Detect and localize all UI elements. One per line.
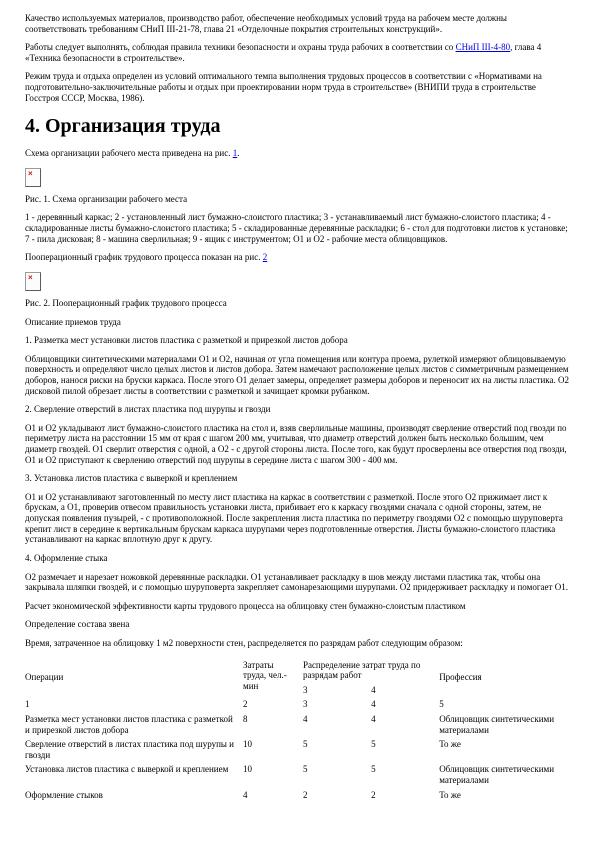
operation-4-text: О2 размечает и нарезает ножовкой деревян… bbox=[25, 572, 570, 593]
numbering-cell: 2 bbox=[243, 698, 303, 713]
col-header-profession: Профессия bbox=[439, 659, 570, 699]
document-page: Качество используемых материалов, произв… bbox=[0, 0, 595, 842]
figure-1-caption: Рис. 1. Схема организации рабочего места bbox=[25, 194, 570, 205]
operation-4-heading: 4. Оформление стыка bbox=[25, 553, 570, 564]
figure-2-caption: Рис. 2. Пооперационный график трудового … bbox=[25, 298, 570, 309]
econ-calc-title: Расчет экономической эффективности карты… bbox=[25, 601, 570, 612]
figure-1-placeholder: × bbox=[25, 167, 570, 194]
profession-cell: То же bbox=[439, 738, 570, 763]
scheme-text-before: Схема организации рабочего места приведе… bbox=[25, 148, 233, 158]
intro-paragraph-regime: Режим труда и отдыха определен из услови… bbox=[25, 71, 570, 103]
labor-cell: 8 bbox=[243, 713, 303, 738]
numbering-cell: 1 bbox=[25, 698, 243, 713]
operation-3-text: О1 и О2 устанавливают заготовленный по м… bbox=[25, 492, 570, 545]
operation-cell: Разметка мест установки листов пластика … bbox=[25, 713, 243, 738]
labor-costs-table: Операции Затраты труда, чел.-мин Распред… bbox=[25, 659, 570, 804]
broken-image-icon: × bbox=[25, 168, 41, 187]
operation-cell: Оформление стыков bbox=[25, 789, 243, 804]
labor-cell: 10 bbox=[243, 763, 303, 788]
numbering-cell: 3 bbox=[303, 698, 371, 713]
intro-paragraph-quality: Качество используемых материалов, произв… bbox=[25, 13, 570, 34]
numbering-cell: 4 bbox=[371, 698, 439, 713]
col-subheader-grade-4: 4 bbox=[371, 684, 439, 699]
figure-2-link[interactable]: 2 bbox=[263, 252, 268, 262]
numbering-cell: 5 bbox=[439, 698, 570, 713]
scheme-sentence: Схема организации рабочего места приведе… bbox=[25, 148, 570, 159]
figure-2-placeholder: × bbox=[25, 271, 570, 298]
safety-text-before: Работы следует выполнять, соблюдая прави… bbox=[25, 42, 456, 52]
table-row: Оформление стыков 4 2 2 То же bbox=[25, 789, 570, 804]
broken-image-icon: × bbox=[25, 272, 41, 291]
grade3-cell: 5 bbox=[303, 763, 371, 788]
operation-cell: Установка листов пластика с выверкой и к… bbox=[25, 763, 243, 788]
figure-1-legend: 1 - деревянный каркас; 2 - установленный… bbox=[25, 212, 570, 244]
graph-text-before: Пооперационный график трудового процесса… bbox=[25, 252, 263, 262]
grade4-cell: 2 bbox=[371, 789, 439, 804]
operation-2-heading: 2. Сверление отверстий в листах пластика… bbox=[25, 404, 570, 415]
snip-III-4-80-link[interactable]: СНиП III-4-80 bbox=[456, 42, 511, 52]
intro-paragraph-safety: Работы следует выполнять, соблюдая прави… bbox=[25, 42, 570, 63]
table-numbering-row: 1 2 3 4 5 bbox=[25, 698, 570, 713]
operation-1-text: Облицовщики синтетическими материалами О… bbox=[25, 354, 570, 396]
col-header-operations: Операции bbox=[25, 659, 243, 699]
team-composition-title: Определение состава звена bbox=[25, 619, 570, 630]
table-row: Разметка мест установки листов пластика … bbox=[25, 713, 570, 738]
table-header-row: Операции Затраты труда, чел.-мин Распред… bbox=[25, 659, 570, 684]
profession-cell: Облицовщик синтетическими материалами bbox=[439, 763, 570, 788]
time-distribution-note: Время, затраченное на облицовку 1 м2 пов… bbox=[25, 638, 570, 649]
operation-cell: Сверление отверстий в листах пластика по… bbox=[25, 738, 243, 763]
section-heading: 4. Организация труда bbox=[25, 115, 570, 137]
scheme-text-after: . bbox=[237, 148, 239, 158]
col-header-labor-costs: Затраты труда, чел.-мин bbox=[243, 659, 303, 699]
grade3-cell: 5 bbox=[303, 738, 371, 763]
profession-cell: Облицовщик синтетическими материалами bbox=[439, 713, 570, 738]
table-row: Установка листов пластика с выверкой и к… bbox=[25, 763, 570, 788]
labor-cell: 10 bbox=[243, 738, 303, 763]
grade3-cell: 4 bbox=[303, 713, 371, 738]
grade4-cell: 5 bbox=[371, 763, 439, 788]
operation-1-heading: 1. Разметка мест установки листов пласти… bbox=[25, 335, 570, 346]
operation-3-heading: 3. Установка листов пластика с выверкой … bbox=[25, 473, 570, 484]
labor-cell: 4 bbox=[243, 789, 303, 804]
grade4-cell: 4 bbox=[371, 713, 439, 738]
operation-2-text: О1 и О2 укладывают лист бумажно-слоистог… bbox=[25, 423, 570, 465]
grade4-cell: 5 bbox=[371, 738, 439, 763]
table-row: Сверление отверстий в листах пластика по… bbox=[25, 738, 570, 763]
graph-sentence: Пооперационный график трудового процесса… bbox=[25, 252, 570, 263]
grade3-cell: 2 bbox=[303, 789, 371, 804]
profession-cell: То же bbox=[439, 789, 570, 804]
col-subheader-grade-3: 3 bbox=[303, 684, 371, 699]
col-header-distribution: Распределение затрат труда по разрядам р… bbox=[303, 659, 439, 684]
work-methods-title: Описание приемов труда bbox=[25, 317, 570, 328]
